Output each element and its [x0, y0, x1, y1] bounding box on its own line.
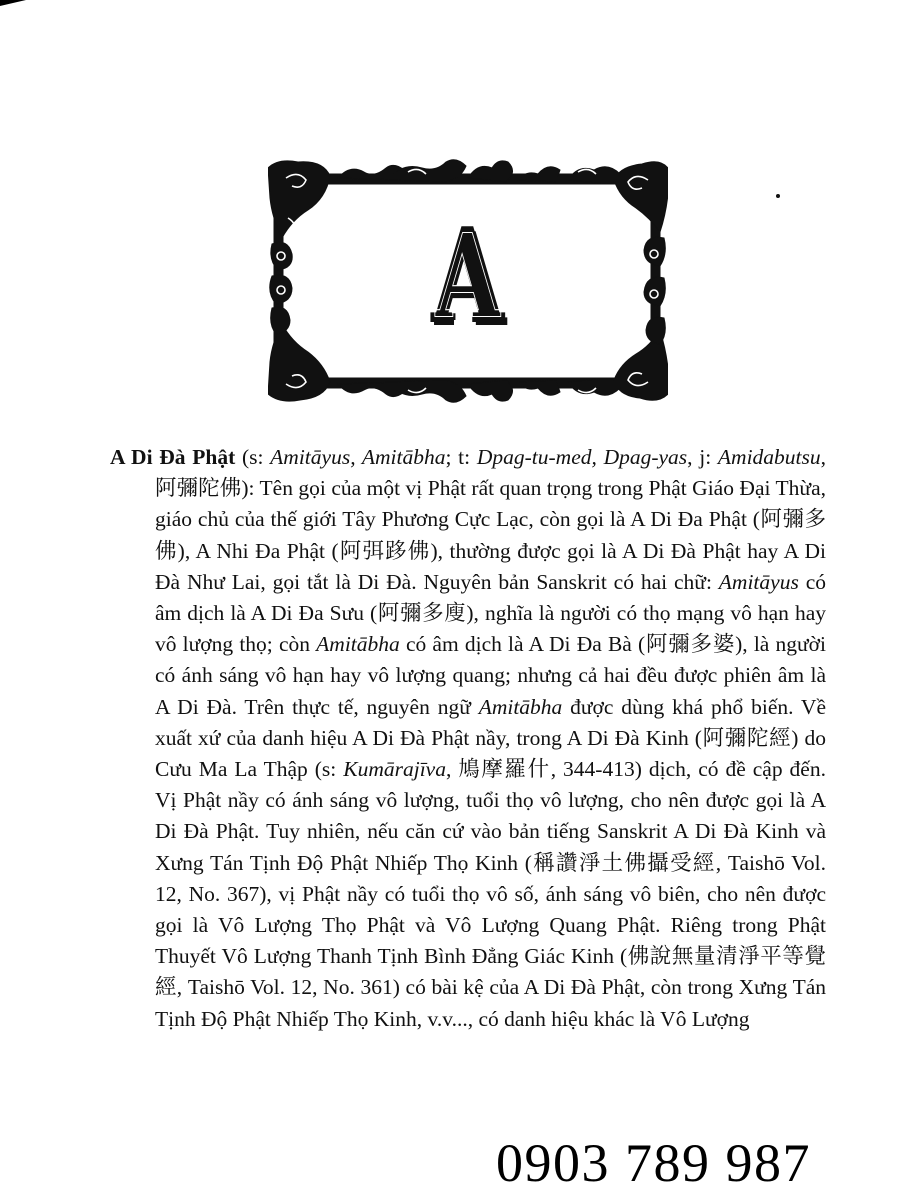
entry-text: , 鳩摩羅什, 344-413) dịch, có đề cập đến. Vị…	[155, 757, 826, 1031]
phone-number: 0903 789 987	[496, 1136, 811, 1190]
entry-definition: (s: Amitāyus, Amitābha; t: Dpag-tu-med, …	[155, 445, 826, 1031]
entry-paragraph: A Di Đà Phật (s: Amitāyus, Amitābha; t: …	[110, 442, 826, 1035]
dictionary-entry: A Di Đà Phật (s: Amitāyus, Amitābha; t: …	[110, 442, 826, 1035]
scan-speck	[776, 194, 780, 198]
document-page: A A Di Đà Phật (s: Amitāyus, Amitābha; t…	[0, 0, 900, 1200]
italic-term: Amitāyus, Amitābha	[270, 445, 445, 469]
entry-text: , j:	[687, 445, 718, 469]
italic-term: Amitāyus	[719, 570, 799, 594]
entry-text: ; t:	[446, 445, 477, 469]
section-letter: A	[268, 158, 668, 403]
entry-text: (s:	[235, 445, 270, 469]
scan-artifact	[0, 0, 26, 6]
italic-term: Amitābha	[316, 632, 400, 656]
italic-term: Dpag-tu-med, Dpag-yas	[477, 445, 687, 469]
entry-term: A Di Đà Phật	[110, 445, 235, 469]
italic-term: Amitābha	[479, 695, 563, 719]
section-letter-glyph: A	[432, 213, 504, 341]
italic-term: Amidabutsu	[718, 445, 821, 469]
ornamental-frame: A	[268, 158, 668, 403]
italic-term: Kumārajīva	[343, 757, 446, 781]
